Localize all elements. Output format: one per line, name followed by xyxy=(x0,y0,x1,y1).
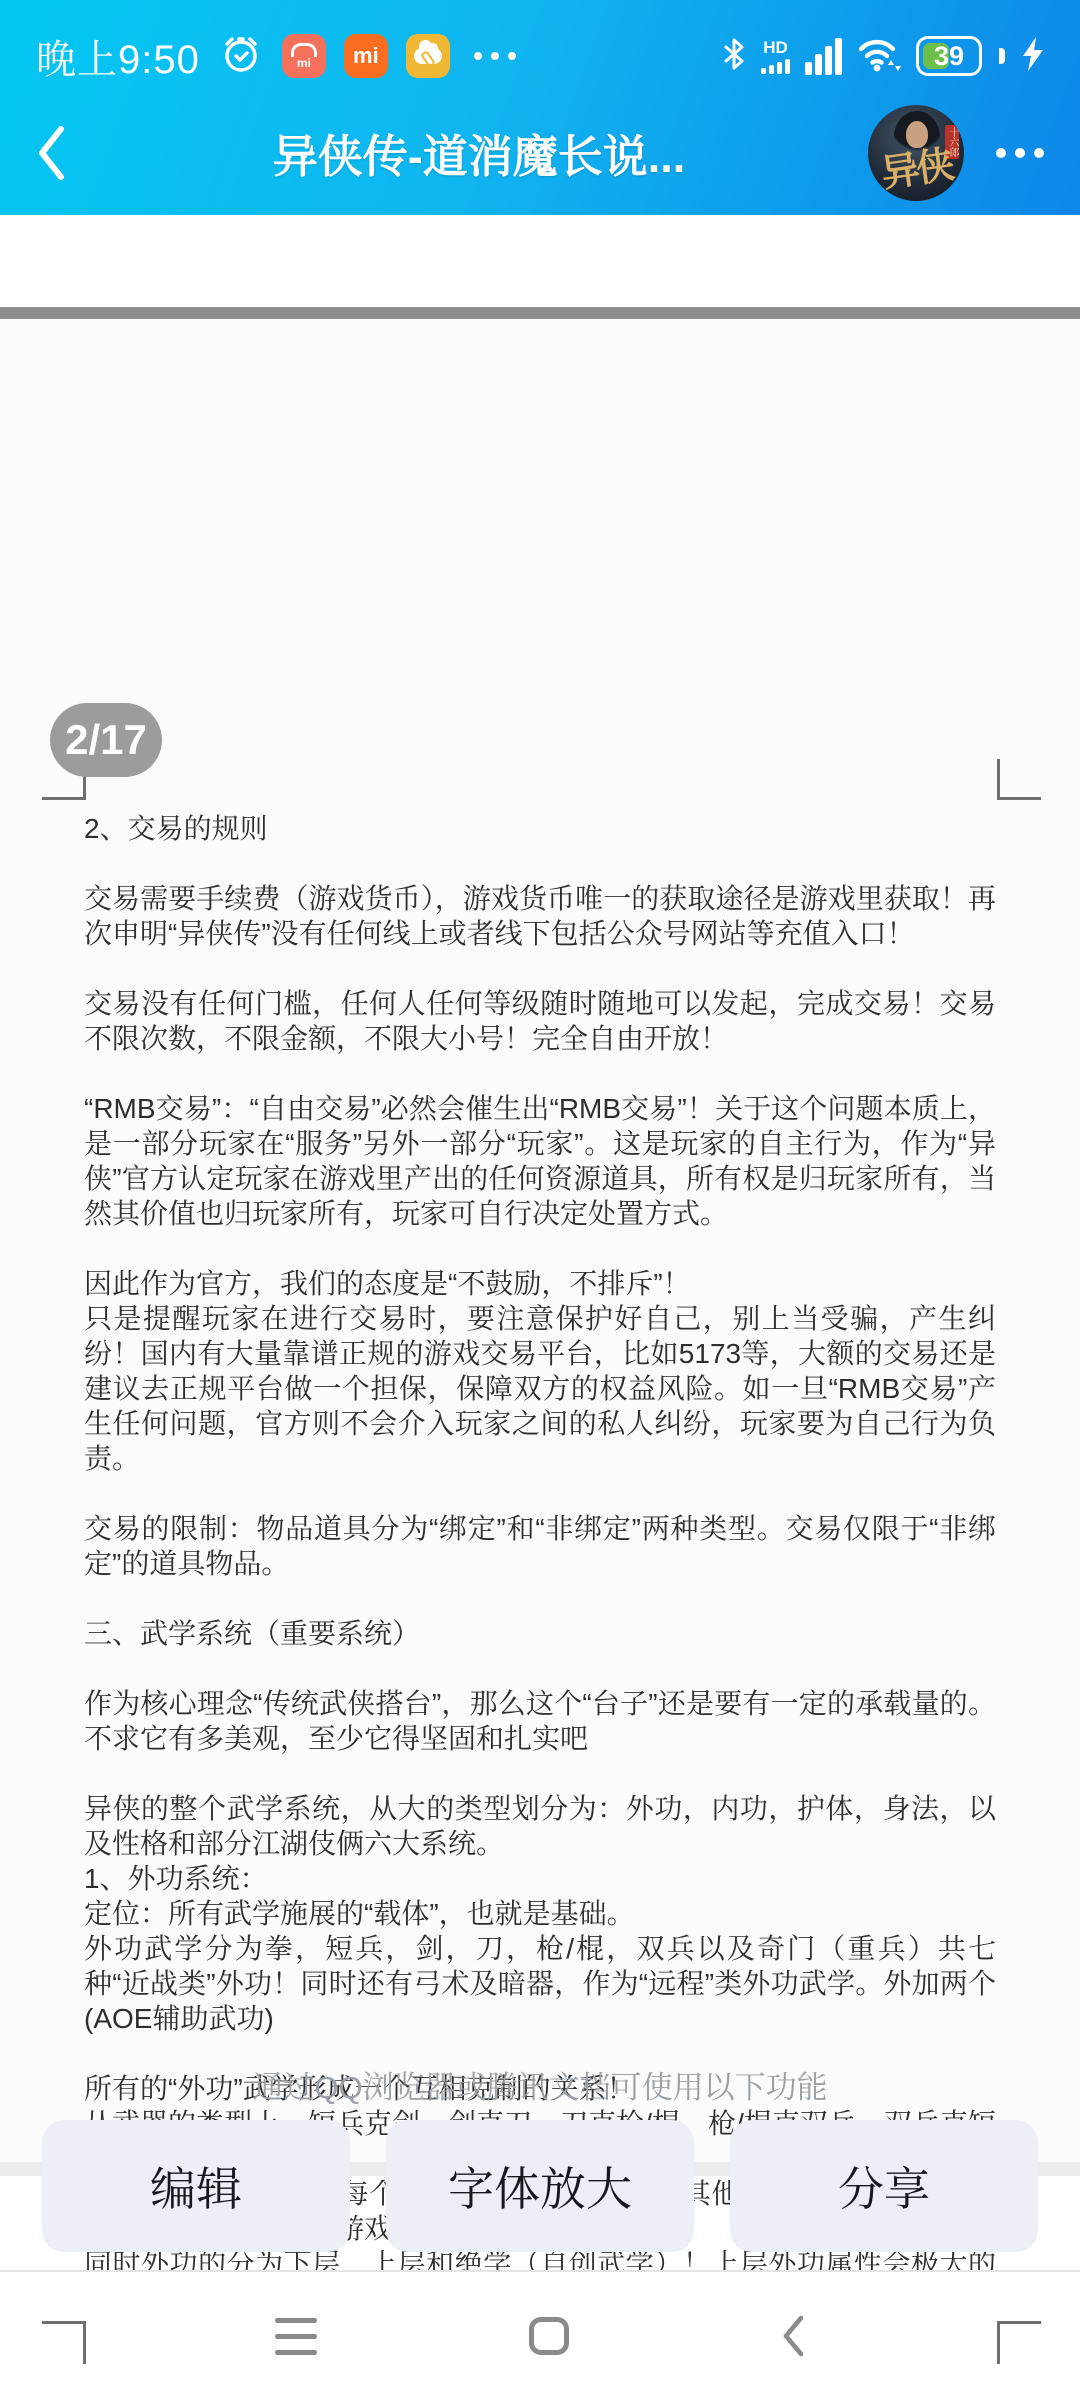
doc-spacer xyxy=(84,951,996,986)
doc-heading: 2、交易的规则 xyxy=(84,811,996,846)
status-time: 晚上9:50 xyxy=(36,28,200,85)
doc-spacer xyxy=(84,1056,996,1091)
page-separator-band xyxy=(0,307,1080,319)
sim2-signal-icon xyxy=(761,59,790,74)
battery-icon: 39 xyxy=(916,36,982,76)
avatar-title-text: 异侠 xyxy=(868,131,964,199)
doc-paragraph: 外功武学分为拳，短兵，剑，刀，枪/棍，双兵以及奇门（重兵）共七种“近战类”外功！… xyxy=(84,1931,996,2036)
doc-paragraph: 交易的限制：物品道具分为“绑定”和“非绑定”两种类型。交易仅限于“非绑定”的道具… xyxy=(84,1511,996,1581)
alarm-icon xyxy=(218,31,264,82)
recents-icon xyxy=(275,2318,317,2355)
status-bar-right: HD 39 xyxy=(722,35,1046,78)
system-back-button[interactable] xyxy=(775,2313,811,2359)
doc-spacer xyxy=(84,1581,996,1616)
home-button[interactable] xyxy=(523,2316,575,2356)
feature-hint-text: 通过QQ浏览器或腾讯文档可使用以下功能 xyxy=(0,2062,1080,2107)
doc-heading: 三、武学系统（重要系统） xyxy=(84,1616,996,1651)
charging-bolt-icon xyxy=(1020,36,1046,77)
more-options-button[interactable] xyxy=(990,138,1050,168)
doc-paragraph: 1、外功系统： xyxy=(84,1861,996,1896)
bluetooth-icon xyxy=(722,36,746,77)
doc-spacer xyxy=(84,1651,996,1686)
doc-paragraph: 交易需要手续费（游戏货币），游戏货币唯一的获取途径是游戏里获取！再次申明“异侠传… xyxy=(84,881,996,951)
share-button[interactable]: 分享 xyxy=(730,2120,1038,2252)
screen: 晚上9:50 mi mi xyxy=(0,0,1080,2400)
doc-spacer xyxy=(84,1756,996,1791)
back-button[interactable] xyxy=(30,118,90,188)
action-bar: 编辑 字体放大 分享 xyxy=(42,2120,1038,2252)
signal-icon xyxy=(805,38,842,75)
hd-volte-icon: HD xyxy=(761,39,790,74)
bag-handle xyxy=(291,43,317,57)
doc-paragraph: 定位：所有武学施展的“载体”，也就是基础。 xyxy=(84,1896,996,1931)
status-bar-left: 晚上9:50 mi mi xyxy=(36,28,516,85)
doc-paragraph: 作为核心理念“传统武侠搭台”，那么这个“台子”还是要有一定的承载量的。不求它有多… xyxy=(84,1686,996,1756)
home-icon xyxy=(529,2317,569,2355)
page-indicator-badge: 2/17 xyxy=(50,703,162,777)
mi-store-icon: mi xyxy=(282,34,326,78)
page-title: 异侠传-道消魔长说... xyxy=(108,120,850,185)
xiaomi-logo-text: mi xyxy=(353,43,379,69)
doc-paragraph: 因此作为官方，我们的态度是“不鼓励，不排斥”！ xyxy=(84,1266,996,1301)
margin-corner-bottom-left xyxy=(42,2321,86,2364)
wifi-icon xyxy=(857,35,901,78)
mi-store-logo-text: mi xyxy=(297,57,311,70)
system-navigation-bar xyxy=(0,2270,1080,2400)
document-page: 2/17 2、交易的规则 交易需要手续费（游戏货币），游戏货币唯一的获取途径是游… xyxy=(0,319,1080,2162)
doc-spacer xyxy=(84,1476,996,1511)
avatar[interactable]: 十六郎 异侠 xyxy=(868,105,964,201)
doc-paragraph: “RMB交易”：“自由交易”必然会催生出“RMB交易”！关于这个问题本质上，是一… xyxy=(84,1091,996,1231)
margin-corner-top-right xyxy=(997,759,1041,800)
edit-button[interactable]: 编辑 xyxy=(42,2120,350,2252)
app-header: 晚上9:50 mi mi xyxy=(0,0,1080,215)
notification-overflow-icon xyxy=(474,52,516,60)
doc-paragraph: 只是提醒玩家在进行交易时，要注意保护好自己，别上当受骗，产生纠纷！国内有大量靠谱… xyxy=(84,1301,996,1476)
doc-paragraph: 交易没有任何门槛，任何人任何等级随时随地可以发起，完成交易！交易不限次数，不限金… xyxy=(84,986,996,1056)
xiaomi-icon: mi xyxy=(344,34,388,78)
cloud-phone-icon xyxy=(406,34,450,78)
doc-spacer xyxy=(84,1231,996,1266)
battery-percent: 39 xyxy=(919,41,979,72)
nav-bar: 异侠传-道消魔长说... 十六郎 异侠 xyxy=(0,90,1080,215)
battery-nub xyxy=(999,48,1005,64)
back-chevron-icon xyxy=(36,124,66,182)
status-bar: 晚上9:50 mi mi xyxy=(0,0,1080,90)
margin-corner-bottom-right xyxy=(997,2321,1041,2364)
doc-spacer xyxy=(84,846,996,881)
system-back-icon xyxy=(781,2314,805,2358)
recents-button[interactable] xyxy=(269,2317,323,2356)
doc-paragraph: 异侠的整个武学系统，从大的类型划分为：外功，内功，护体，身法，以及性格和部分江湖… xyxy=(84,1791,996,1861)
enlarge-font-button[interactable]: 字体放大 xyxy=(386,2120,694,2252)
